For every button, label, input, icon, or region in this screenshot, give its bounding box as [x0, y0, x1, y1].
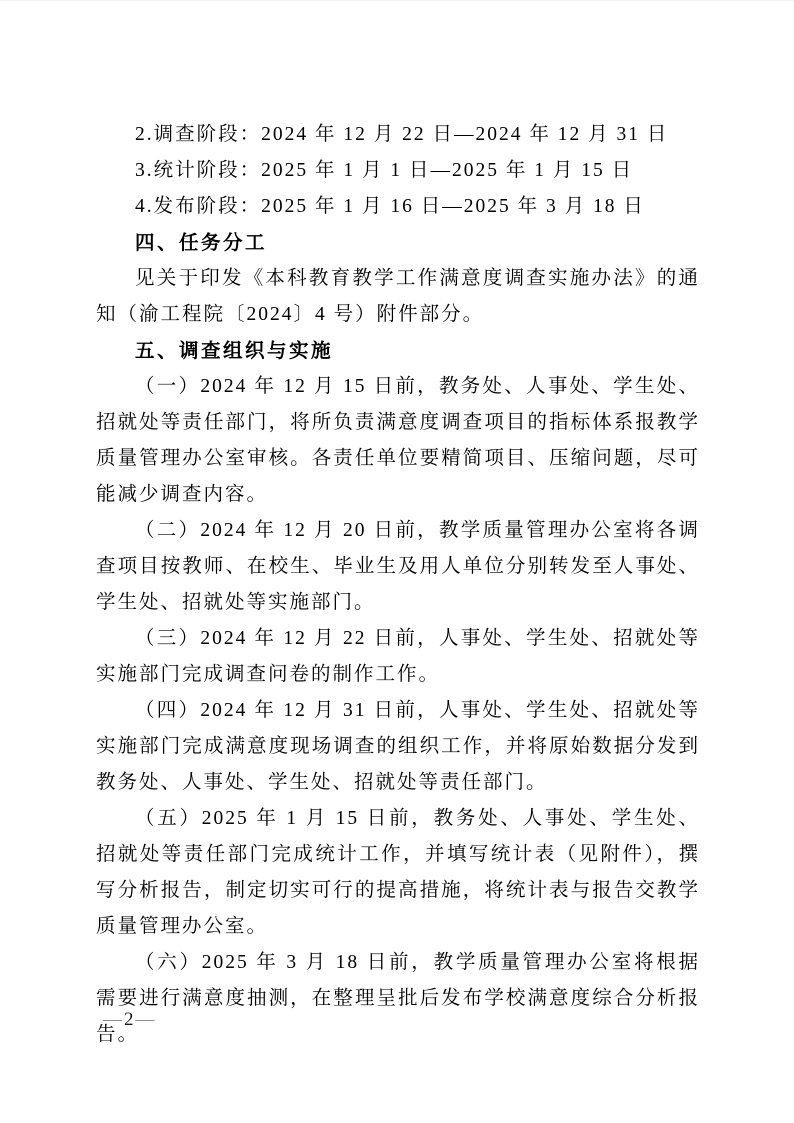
page-number-right-dash: —: [136, 1009, 155, 1030]
body-paragraph-item-6: （六）2025 年 3 月 18 日前，教学质量管理办公室将根据需要进行满意度抽…: [96, 945, 700, 1053]
body-paragraph-item-5: （五）2025 年 1 月 15 日前，教务处、人事处、学生处、招就处等责任部门…: [96, 801, 700, 945]
section-heading-task-division: 四、任务分工: [96, 225, 700, 261]
body-paragraph-item-3: （三）2024 年 12 月 22 日前，人事处、学生处、招就处等实施部门完成调…: [96, 621, 700, 693]
document-page: 2.调查阶段：2024 年 12 月 22 日—2024 年 12 月 31 日…: [0, 0, 794, 1123]
body-paragraph-item-4: （四）2024 年 12 月 31 日前，人事处、学生处、招就处等实施部门完成满…: [96, 693, 700, 801]
body-paragraph-item-1: （一）2024 年 12 月 15 日前，教务处、人事处、学生处、招就处等责任部…: [96, 369, 700, 513]
body-paragraph-item-2: （二）2024 年 12 月 20 日前，教学质量管理办公室将各调查项目按教师、…: [96, 513, 700, 621]
stage-line-release: 4.发布阶段：2025 年 1 月 16 日—2025 年 3 月 18 日: [96, 189, 700, 225]
stage-line-statistics: 3.统计阶段：2025 年 1 月 1 日—2025 年 1 月 15 日: [96, 153, 700, 189]
body-paragraph-task-division: 见关于印发《本科教育教学工作满意度调查实施办法》的通知（渝工程院〔2024〕4 …: [96, 261, 700, 333]
section-heading-organization: 五、调查组织与实施: [96, 333, 700, 369]
stage-line-survey: 2.调查阶段：2024 年 12 月 22 日—2024 年 12 月 31 日: [96, 117, 700, 153]
page-number-value: 2: [122, 1009, 136, 1030]
page-number-left-dash: —: [103, 1009, 122, 1030]
page-number: —2—: [103, 1009, 155, 1031]
page-content: 2.调查阶段：2024 年 12 月 22 日—2024 年 12 月 31 日…: [96, 117, 700, 1053]
